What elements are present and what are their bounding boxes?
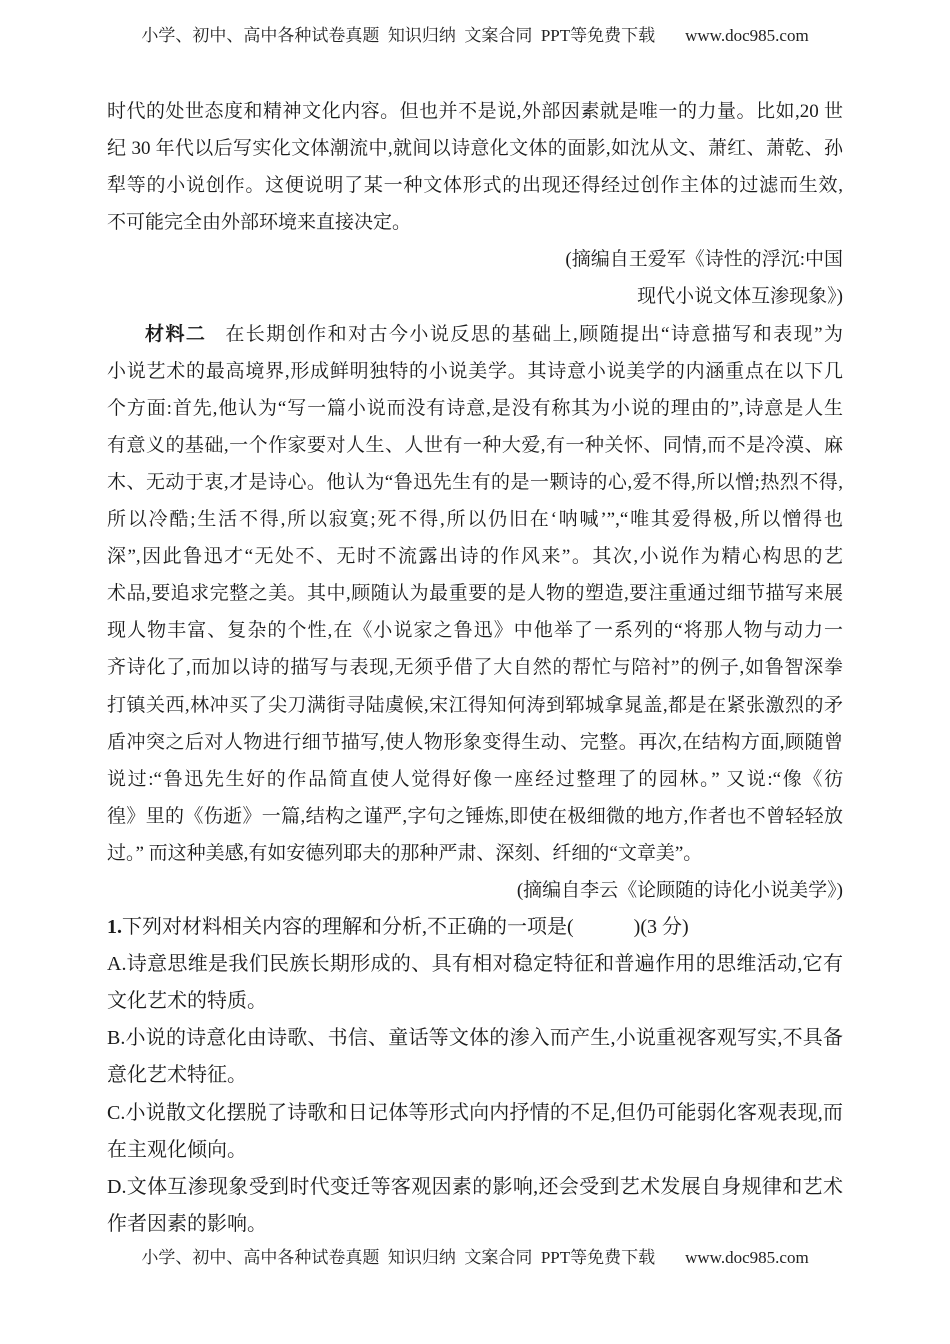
question1-stem-line: 1.下列对材料相关内容的理解和分析,不正确的一项是( )(3 分) [107, 909, 843, 946]
material2-text-line: 个方面:首先,他认为“写一篇小说而没有诗意,是没有称其为小说的理由的”,诗意是人… [107, 390, 843, 427]
material2-text-line: 说过:“鲁迅先生好的作品简直使人觉得好像一座经过整理了的园林。” 又说:“像《彷 [107, 761, 843, 798]
option-d-line: D.文体互渗现象受到时代变迁等客观因素的影响,还会受到艺术发展自身规律和艺术创 [107, 1169, 843, 1206]
question1-stem-text: 下列对材料相关内容的理解和分析,不正确的一项是( )(3 分) [122, 916, 689, 938]
page-footer: 小学、初中、高中各种试卷真题 知识归纳 文案合同 PPT等免费下载www.doc… [0, 1244, 950, 1272]
footer-site-url: www.doc985.com [685, 1248, 809, 1267]
material2-text-line: 木、无动于衷,才是诗心。他认为“鲁迅先生有的是一颗诗的心,爱不得,所以憎;热烈不… [107, 464, 843, 501]
header-site-url: www.doc985.com [685, 26, 809, 45]
material2-text-line: 盾冲突之后对人物进行细节描写,使人物形象变得生动、完整。再次,在结构方面,顾随曾 [107, 724, 843, 761]
material2-text-line: 徨》里的《伤逝》一篇,结构之谨严,字句之锤炼,即使在极细微的地方,作者也不曾轻轻… [107, 798, 843, 835]
option-a-line: 文化艺术的特质。 [107, 983, 843, 1020]
material2-first-line: 材料二在长期创作和对古今小说反思的基础上,顾随提出“诗意描写和表现”为 [107, 316, 843, 353]
material1-citation-line: (摘编自王爱军《诗性的浮沉:中国 [107, 241, 843, 278]
option-b-line: B.小说的诗意化由诗歌、书信、童话等文体的渗入而产生,小说重视客观写实,不具备诗 [107, 1020, 843, 1057]
material1-citation-line: 现代小说文体互渗现象》) [107, 278, 843, 315]
material1-text-line: 不可能完全由外部环境来直接决定。 [107, 204, 843, 241]
material2-label: 材料二 [145, 324, 206, 345]
material2-text-line: 齐诗化了,而加以诗的描写与表现,无须乎借了大自然的帮忙与陪衬”的例子,如鲁智深拳 [107, 649, 843, 686]
material2-text-line: 有意义的基础,一个作家要对人生、人世有一种大爱,有一种关怀、同情,而不是冷漠、麻 [107, 427, 843, 464]
material2-text-line: 打镇关西,林冲买了尖刀满街寻陆虞候,宋江得知何涛到郓城拿晁盖,都是在紧张激烈的矛 [107, 687, 843, 724]
material2-text-line: 小说艺术的最高境界,形成鲜明独特的小说美学。其诗意小说美学的内涵重点在以下几 [107, 353, 843, 390]
option-b-line: 意化艺术特征。 [107, 1057, 843, 1094]
exam-document-page: 小学、初中、高中各种试卷真题 知识归纳 文案合同 PPT等免费下载www.doc… [0, 0, 950, 1344]
material2-text-line: 现人物丰富、复杂的个性,在《小说家之鲁迅》中他举了一系列的“将那人物与动力一 [107, 612, 843, 649]
material2-text-line: 过。” 而这种美感,有如安德列耶夫的那种严肃、深刻、纤细的“文章美”。 [107, 835, 843, 872]
header-promo-text: 小学、初中、高中各种试卷真题 知识归纳 文案合同 PPT等免费下载 [141, 26, 655, 45]
material2-text-line: 术品,要追求完整之美。其中,顾随认为最重要的是人物的塑造,要注重通过细节描写来展 [107, 575, 843, 612]
option-a-line: A.诗意思维是我们民族长期形成的、具有相对稳定特征和普遍作用的思维活动,它有着 [107, 946, 843, 983]
option-d-line: 作者因素的影响。 [107, 1206, 843, 1243]
page-header: 小学、初中、高中各种试卷真题 知识归纳 文案合同 PPT等免费下载www.doc… [0, 22, 950, 50]
material1-text-line: 犁等的小说创作。这便说明了某一种文体形式的出现还得经过创作主体的过滤而生效, [107, 167, 843, 204]
option-c-line: 在主观化倾向。 [107, 1132, 843, 1169]
material2-text-line: 所以冷酷;生活不得,所以寂寞;死不得,所以仍旧在‘呐喊’”,“唯其爱得极,所以憎… [107, 501, 843, 538]
material2-text-line: 深”,因此鲁迅才“无处不、无时不流露出诗的作风来”。其次,小说作为精心构思的艺 [107, 538, 843, 575]
material2-first-line-text: 在长期创作和对古今小说反思的基础上,顾随提出“诗意描写和表现”为 [225, 324, 843, 345]
material1-text-line: 时代的处世态度和精神文化内容。但也并不是说,外部因素就是唯一的力量。比如,20 … [107, 93, 843, 130]
material1-text-line: 纪 30 年代以后写实化文体潮流中,就间以诗意化文体的面影,如沈从文、萧红、萧乾… [107, 130, 843, 167]
document-body: 时代的处世态度和精神文化内容。但也并不是说,外部因素就是唯一的力量。比如,20 … [107, 93, 843, 1243]
material2-citation-line: (摘编自李云《论顾随的诗化小说美学》) [107, 872, 843, 909]
question1-number: 1. [107, 916, 122, 938]
option-c-line: C.小说散文化摆脱了诗歌和日记体等形式向内抒情的不足,但仍可能弱化客观表现,而存 [107, 1095, 843, 1132]
footer-promo-text: 小学、初中、高中各种试卷真题 知识归纳 文案合同 PPT等免费下载 [141, 1248, 655, 1267]
